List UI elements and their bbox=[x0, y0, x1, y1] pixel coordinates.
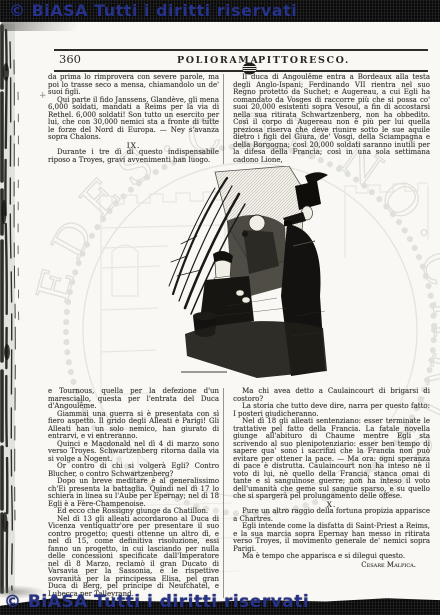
paragraph: Giammai una guerra si è presentata con s… bbox=[48, 411, 219, 441]
paragraph: Pure un altro raggio della fortuna propi… bbox=[233, 508, 430, 523]
paragraph: Il duca di Angoulême entra a Bordeaux al… bbox=[233, 74, 430, 164]
paragraph: Nel dì 18 gli alleati sentenziano: esser… bbox=[233, 418, 430, 501]
column-divider-rule bbox=[223, 74, 224, 164]
upper-text-block: da prima lo rimprovera con severe parole… bbox=[48, 74, 430, 164]
paragraph: La storia che tutto deve dire, narra per… bbox=[233, 403, 430, 418]
lower-text-block: e Tournous, quella per la defezione d'un… bbox=[48, 388, 430, 598]
paragraph: Or contro di chi si volgerà Egli? Contro… bbox=[48, 463, 219, 478]
engraving-illustration bbox=[157, 166, 335, 384]
upper-right-column: Il duca di Angoulême entra a Bordeaux al… bbox=[233, 74, 430, 164]
paragraph: da prima lo rimprovera con severe parole… bbox=[48, 74, 219, 97]
paragraph: Ma è tempo che apparisca e si dilegui qu… bbox=[233, 553, 430, 561]
scanned-document-page: EDES·CON NO·CHRIST © BiASA Tutti i dirit… bbox=[0, 0, 440, 615]
paragraph: Quinci e Macdonald nel dì 4 di marzo son… bbox=[48, 441, 219, 464]
globe-ornament-icon bbox=[242, 62, 257, 75]
author-signature: Cesare Malpica. bbox=[233, 562, 430, 570]
engraving-scene bbox=[157, 166, 335, 384]
lower-left-column: e Tournous, quella per la defezione d'un… bbox=[48, 388, 219, 598]
page-number: 360 bbox=[59, 52, 81, 66]
masthead-rule-bottom bbox=[54, 70, 428, 72]
paragraph: Durante i tre dì di questo indispensabil… bbox=[48, 149, 219, 164]
copyright-watermark-top: © BiASA Tutti i diritti riservati bbox=[9, 1, 297, 20]
margin-pencil-mark: + bbox=[39, 91, 47, 101]
masthead-title-pittoresco: PITTORESCO. bbox=[258, 55, 350, 66]
lower-right-column: Ma chi avea detto a Caulaincourt di brig… bbox=[233, 388, 430, 598]
paragraph: e Tournous, quella per la defezione d'un… bbox=[48, 388, 219, 411]
paragraph: Dopo un breve meditare è al generalissim… bbox=[48, 478, 219, 508]
paragraph: Ma chi avea detto a Caulaincourt di brig… bbox=[233, 388, 430, 403]
masthead-rule-top bbox=[54, 49, 428, 51]
scan-smudge bbox=[0, 22, 82, 31]
paragraph: Qui parte il fido Janssens, Glandève, gl… bbox=[48, 97, 219, 142]
book-gutter-shadow bbox=[0, 0, 30, 615]
paragraph: Egli intende come la disfatta di Saint-P… bbox=[233, 523, 430, 553]
upper-left-column: da prima lo rimprovera con severe parole… bbox=[48, 74, 219, 164]
column-divider-rule bbox=[223, 388, 224, 598]
copyright-watermark-bottom: © BiASA Tutti i diritti riservati bbox=[4, 592, 309, 612]
paragraph: Nel dì 13 gli alleati accordarono al Duc… bbox=[48, 516, 219, 599]
